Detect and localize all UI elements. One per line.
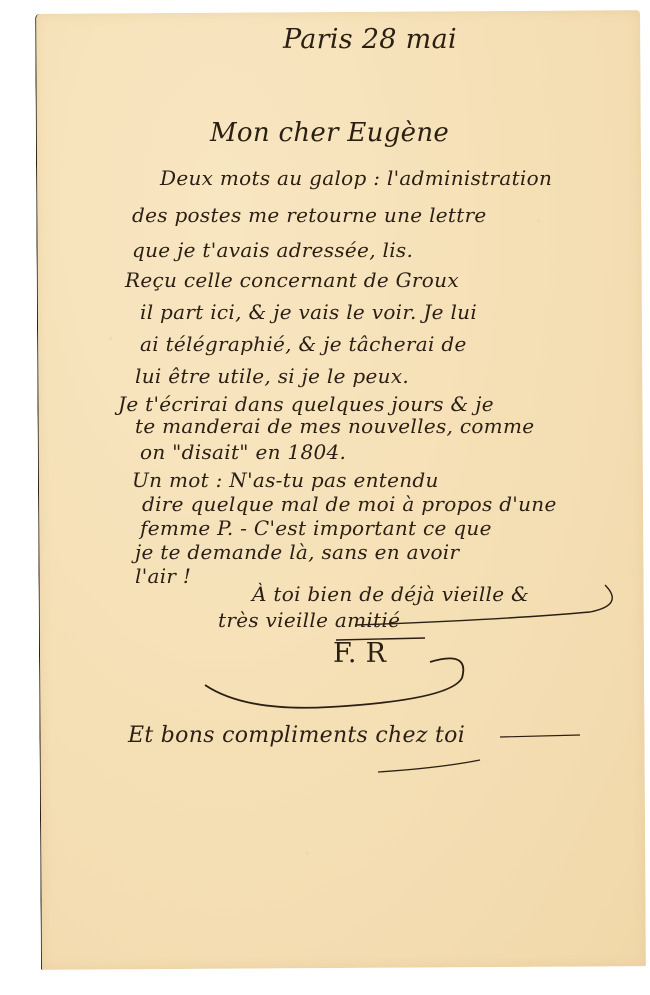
postscript-underline-icon <box>0 0 650 995</box>
